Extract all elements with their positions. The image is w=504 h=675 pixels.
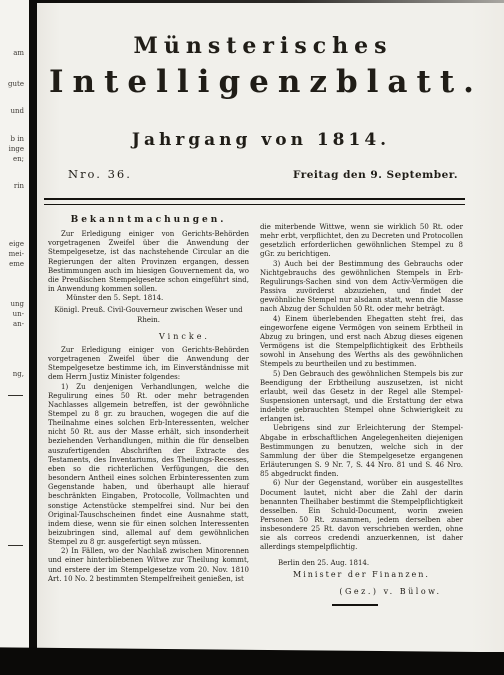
margin-fragment: eme	[1, 260, 24, 268]
masthead-rule	[44, 198, 465, 205]
column-left: Bekanntmachungen. Zur Erledigung einiger…	[48, 216, 249, 606]
margin-fragment: und	[1, 107, 24, 115]
volume-line: Jahrgang von 1814.	[37, 130, 481, 150]
paragraph-item2: 2) In Fällen, wo der Nachlaß zwischen Mi…	[48, 547, 249, 584]
section-heading: Bekanntmachungen.	[48, 216, 249, 225]
paragraph-item5: 5) Den Gebrauch des gewöhnlichen Stempel…	[260, 370, 463, 425]
margin-rule	[8, 545, 23, 546]
margin-fragment: ung	[1, 300, 24, 308]
margin-fragment: am	[1, 49, 24, 57]
margin-fragment: en;	[1, 155, 24, 163]
signature-name: (Gez.) v. Bülow.	[260, 587, 463, 596]
dateline-berlin: Berlin den 25. Aug. 1814.	[260, 559, 463, 568]
margin-fragment: b in	[1, 135, 24, 143]
margin-rule	[8, 395, 23, 396]
issue-date: Freitag den 9. September.	[293, 169, 458, 181]
issue-number: Nro. 36.	[68, 167, 132, 181]
column-right: die miterbende Wittwe, wenn sie wirklich…	[260, 216, 463, 606]
signature-name: Vincke.	[48, 332, 249, 341]
paragraph-item6: 6) Nur der Gegenstand, worüber ein ausge…	[260, 479, 463, 552]
margin-fragment: ng,	[1, 370, 24, 378]
scanned-newspaper-page: am gute und b in inge en; rin eige mei- …	[0, 0, 504, 675]
signature-office: Königl. Preuß. Civil-Gouverneur zwischen…	[48, 306, 249, 324]
paragraph-continuation: die miterbende Wittwe, wenn sie wirklich…	[260, 223, 463, 260]
margin-fragment: mei-	[1, 250, 24, 258]
newspaper-title-line2: Intelligenzblatt.	[37, 64, 486, 100]
margin-fragment: rin	[1, 182, 24, 190]
paragraph-item4: 4) Einem überlebenden Ehegatten steht fr…	[260, 315, 463, 370]
margin-fragment: un-	[1, 310, 24, 318]
issue-row: Nro. 36. Freitag den 9. September.	[68, 167, 458, 181]
margin-fragment: inge	[1, 145, 24, 153]
paragraph-item3: 3) Auch bei der Bestimmung des Gebrauchs…	[260, 260, 463, 315]
end-rule	[332, 604, 378, 606]
margin-fragment: eige	[1, 240, 24, 248]
paragraph-circular-intro: Zur Erledigung einiger von Gerichts-Behö…	[48, 346, 249, 383]
paragraph-intro: Zur Erledigung einiger von Gerichts-Behö…	[48, 230, 249, 294]
newspaper-title-line1: Münsterisches	[37, 33, 483, 59]
paragraph-item1: 1) Zu denjenigen Verhandlungen, welche d…	[48, 383, 249, 548]
dateline-muenster: Münster den 5. Sept. 1814.	[48, 294, 249, 303]
signature-office: Minister der Finanzen.	[260, 570, 463, 579]
scan-top-edge	[37, 0, 504, 3]
paragraph-note: Uebrigens sind zur Erleichterung der Ste…	[260, 424, 463, 479]
page-spine-line	[29, 0, 37, 652]
body-columns: Bekanntmachungen. Zur Erledigung einiger…	[48, 216, 463, 606]
facing-page-margin: am gute und b in inge en; rin eige mei- …	[0, 0, 29, 650]
margin-fragment: an-	[1, 320, 24, 328]
margin-fragment: gute	[1, 80, 24, 88]
